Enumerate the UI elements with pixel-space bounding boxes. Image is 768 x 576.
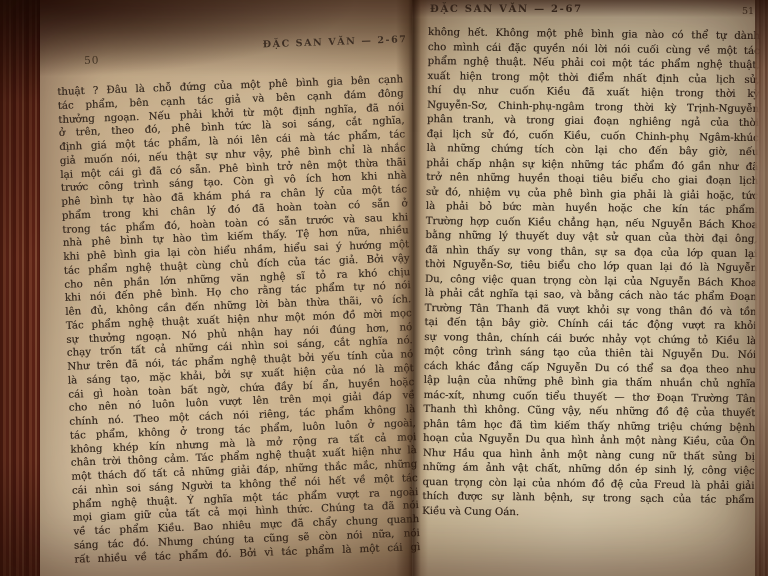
left-page-content: 50 ĐẶC SAN VĂN — 2-67 thuật ? Đâu là chỗ… [57,73,420,567]
book-spine [396,0,428,576]
book-photo: 50 ĐẶC SAN VĂN — 2-67 thuật ? Đâu là chỗ… [0,0,768,576]
right-page-text: không hết. Không một phê bình gia nào có… [422,26,760,523]
left-page-text: thuật ? Đâu là chỗ đứng của một phê bình… [57,73,420,567]
running-header-right: ĐẶC SAN VĂN — 2-67 [430,4,583,15]
page-fore-edge [755,0,768,576]
right-page-content: không hết. Không một phê bình gia nào có… [422,26,760,523]
page-number-right: 51 [742,6,754,17]
page-number-left: 50 [84,54,100,67]
